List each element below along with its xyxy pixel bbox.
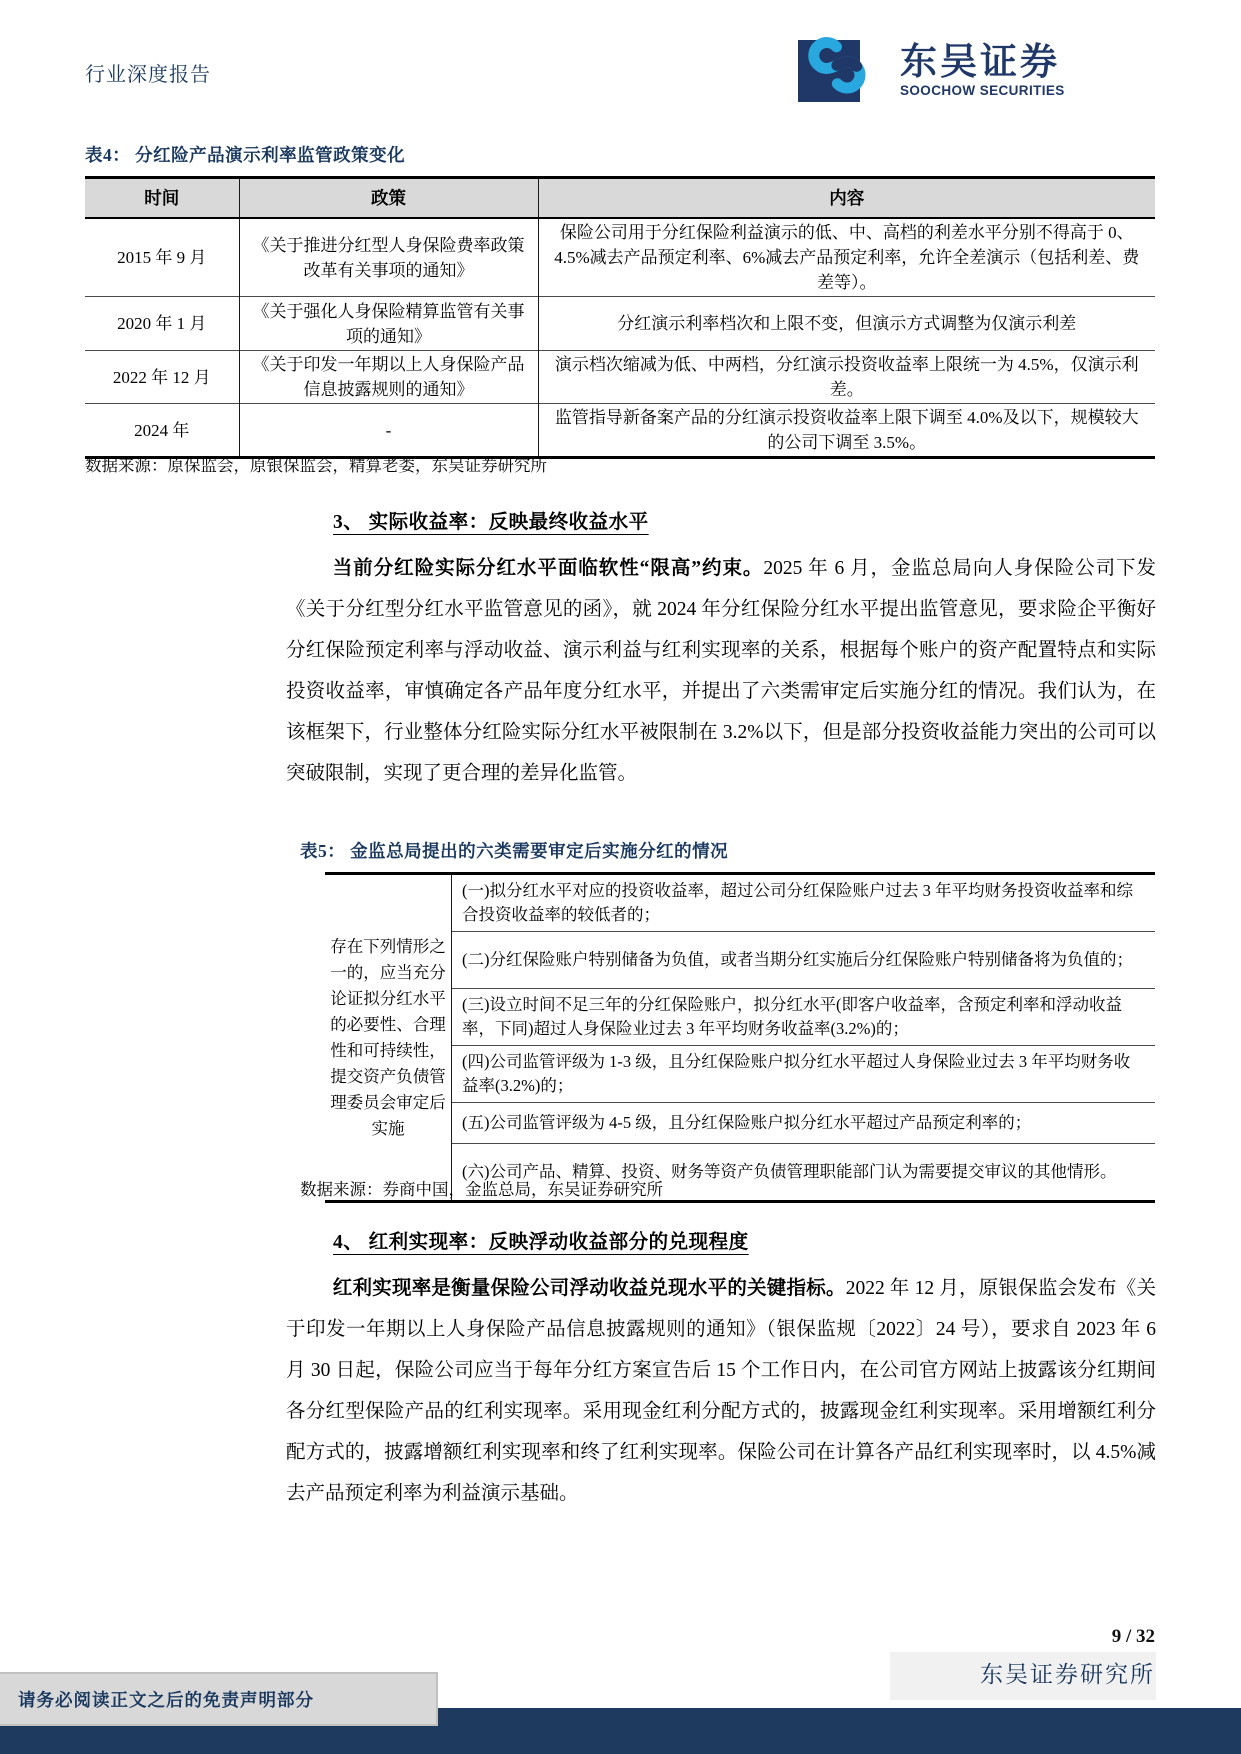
table-row: 2015 年 9 月 《关于推进分红型人身保险费率政策改革有关事项的通知》 保险…: [85, 218, 1155, 297]
list-item: (四)公司监管评级为 1-3 级，且分红保险账户拟分红水平超过人身保险业过去 3…: [452, 1046, 1156, 1103]
table4: 时间 政策 内容 2015 年 9 月 《关于推进分红型人身保险费率政策改革有关…: [85, 176, 1155, 459]
section4-paragraph: 红利实现率是衡量保险公司浮动收益兑现水平的关键指标。2022 年 12 月，原银…: [286, 1268, 1156, 1514]
cell-time: 2015 年 9 月: [85, 218, 239, 297]
cell-policy: 《关于推进分红型人身保险费率政策改革有关事项的通知》: [239, 218, 538, 297]
table-row: 2020 年 1 月 《关于强化人身保险精算监管有关事项的通知》 分红演示利率档…: [85, 297, 1155, 351]
cell-time: 2022 年 12 月: [85, 351, 239, 404]
cell-policy: 《关于印发一年期以上人身保险产品信息披露规则的通知》: [239, 351, 538, 404]
page-number: 9 / 32: [1112, 1626, 1155, 1648]
institute-label: 东吴证券研究所: [980, 1656, 1155, 1689]
paragraph-body: 2025 年 6 月，金监总局向人身保险公司下发《关于分红型分红水平监管意见的函…: [286, 558, 1156, 784]
table4-col-content: 内容: [538, 178, 1155, 219]
list-item: (二)分红保险账户特别储备为负值，或者当期分红实施后分红保险账户特别储备将为负值…: [452, 932, 1156, 989]
table4-title: 表4： 分红险产品演示利率监管政策变化: [85, 142, 405, 167]
table4-col-time: 时间: [85, 178, 239, 219]
section3-paragraph: 当前分红险实际分红水平面临软性“限高”约束。2025 年 6 月，金监总局向人身…: [286, 548, 1156, 794]
table5-title: 表5： 金监总局提出的六类需要审定后实施分红的情况: [300, 838, 728, 863]
cell-content: 演示档次缩减为低、中两档，分红演示投资收益率上限统一为 4.5%，仅演示利差。: [538, 351, 1155, 404]
table4-header-row: 时间 政策 内容: [85, 178, 1155, 219]
table5-left-header: 存在下列情形之一的，应当充分论证拟分红水平的必要性、合理性和可持续性，提交资产负…: [325, 874, 452, 1202]
logo-text: 东吴证券 SOOCHOW SECURITIES: [900, 44, 1065, 98]
disclaimer-label: 请务必阅读正文之后的免责声明部分: [0, 1687, 314, 1712]
table4-source: 数据来源：原保监会，原银保监会，精算老娄，东吴证券研究所: [85, 452, 547, 476]
cell-policy: 《关于强化人身保险精算监管有关事项的通知》: [239, 297, 538, 351]
company-logo: 东吴证券 SOOCHOW SECURITIES: [798, 38, 1158, 104]
cell-time: 2024 年: [85, 404, 239, 458]
table-row: 2022 年 12 月 《关于印发一年期以上人身保险产品信息披露规则的通知》 演…: [85, 351, 1155, 404]
section4-heading: 4、 红利实现率：反映浮动收益部分的兑现程度: [333, 1226, 749, 1254]
cell-content: 分红演示利率档次和上限不变，但演示方式调整为仅演示利差: [538, 297, 1155, 351]
table4-col-policy: 政策: [239, 178, 538, 219]
section3-heading: 3、 实际收益率：反映最终收益水平: [333, 506, 649, 534]
cell-content: 保险公司用于分红保险利益演示的低、中、高档的利差水平分别不得高于 0、4.5%减…: [538, 218, 1155, 297]
paragraph-body: 2022 年 12 月，原银保监会发布《关于印发一年期以上人身保险产品信息披露规…: [286, 1278, 1156, 1504]
paragraph-lead: 红利实现率是衡量保险公司浮动收益兑现水平的关键指标。: [333, 1278, 846, 1299]
cell-policy: -: [239, 404, 538, 458]
logo-cn-label: 东吴证券: [900, 44, 1065, 81]
cell-time: 2020 年 1 月: [85, 297, 239, 351]
list-item: (五)公司监管评级为 4-5 级，且分红保险账户拟分红水平超过产品预定利率的；: [452, 1103, 1156, 1144]
report-page: 行业深度报告 东吴证券 SOOCHOW SECURITIES 表4： 分红险产品…: [0, 0, 1241, 1754]
soochow-logo-icon: [798, 40, 894, 102]
table5: 存在下列情形之一的，应当充分论证拟分红水平的必要性、合理性和可持续性，提交资产负…: [325, 872, 1155, 1203]
table5-source: 数据来源：券商中国，金监总局，东吴证券研究所: [300, 1176, 663, 1200]
table-row: 存在下列情形之一的，应当充分论证拟分红水平的必要性、合理性和可持续性，提交资产负…: [325, 874, 1155, 932]
list-item: (一)拟分红水平对应的投资收益率，超过公司分红保险账户过去 3 年平均财务投资收…: [452, 874, 1156, 932]
disclaimer-box: 请务必阅读正文之后的免责声明部分: [0, 1672, 438, 1726]
paragraph-lead: 当前分红险实际分红水平面临软性“限高”约束。: [333, 558, 764, 579]
logo-en-label: SOOCHOW SECURITIES: [900, 84, 1065, 98]
list-item: (三)设立时间不足三年的分红保险账户，拟分红水平(即客户收益率，含预定利率和浮动…: [452, 989, 1156, 1046]
report-type-label: 行业深度报告: [85, 58, 211, 87]
cell-content: 监管指导新备案产品的分红演示投资收益率上限下调至 4.0%及以下，规模较大的公司…: [538, 404, 1155, 458]
table-row: 2024 年 - 监管指导新备案产品的分红演示投资收益率上限下调至 4.0%及以…: [85, 404, 1155, 458]
